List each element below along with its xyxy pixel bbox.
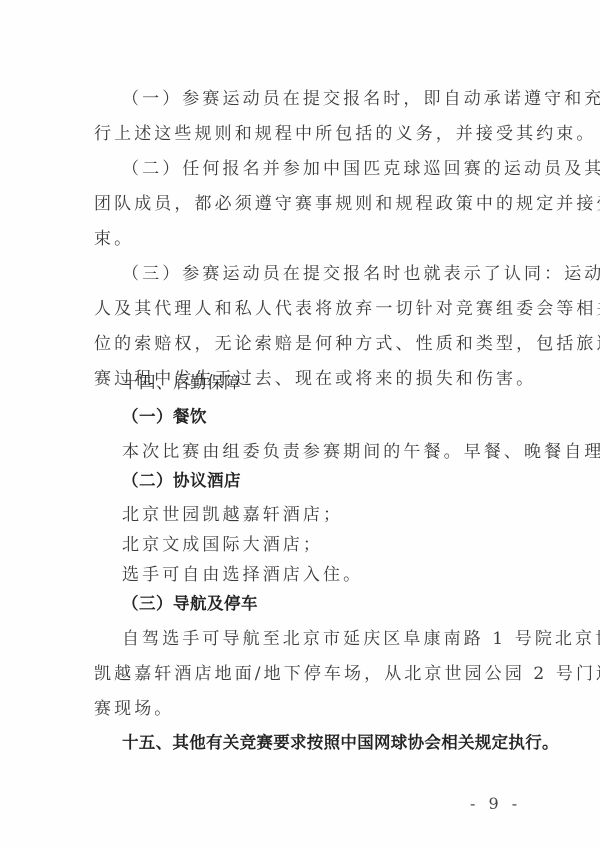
catering-text: 本次比赛由组委负责参赛期间的午餐。早餐、晚餐自理。 — [122, 442, 542, 462]
section-14-title: 十四、后勤保障 — [122, 373, 542, 393]
paragraph-1-line-2: 行上述这些规则和规程中所包括的义务，并接受其约束。 — [94, 124, 514, 144]
hotels-note: 选手可自由选择酒店入住。 — [122, 565, 542, 585]
paragraph-2-line-3: 束。 — [94, 229, 514, 249]
navigation-line-2: 凯越嘉轩酒店地面/地下停车场，从北京世园公园 2 号门进入比 — [94, 664, 514, 684]
paragraph-1-line-1: （一）参赛运动员在提交报名时，即自动承诺遵守和充分履 — [122, 89, 542, 109]
document-page: （一）参赛运动员在提交报名时，即自动承诺遵守和充分履 行上述这些规则和规程中所包… — [0, 0, 600, 848]
navigation-line-1: 自驾选手可导航至北京市延庆区阜康南路 1 号院北京世园 — [122, 629, 542, 649]
hotels-heading: （二）协议酒店 — [122, 471, 542, 491]
paragraph-3-line-2: 人及其代理人和私人代表将放弃一切针对竞赛组委会等相关单 — [94, 299, 514, 319]
navigation-line-3: 赛现场。 — [94, 699, 514, 719]
hotel-item-2: 北京文成国际大酒店； — [122, 535, 542, 555]
catering-heading: （一）餐饮 — [122, 407, 542, 427]
navigation-heading: （三）导航及停车 — [122, 594, 542, 614]
paragraph-3-line-1: （三）参赛运动员在提交报名时也就表示了认同：运动员本 — [122, 264, 542, 284]
paragraph-2-line-2: 团队成员，都必须遵守赛事规则和规程政策中的规定并接受其约 — [94, 194, 514, 214]
paragraph-2-line-1: （二）任何报名并参加中国匹克球巡回赛的运动员及其支持 — [122, 159, 542, 179]
section-15-title: 十五、其他有关竞赛要求按照中国网球协会相关规定执行。 — [122, 733, 542, 753]
page-number: - 9 - — [470, 794, 521, 813]
hotel-item-1: 北京世园凯越嘉轩酒店； — [122, 505, 542, 525]
paragraph-3-line-3: 位的索赔权，无论索赔是何种方式、性质和类型，包括旅途和参 — [94, 334, 514, 354]
